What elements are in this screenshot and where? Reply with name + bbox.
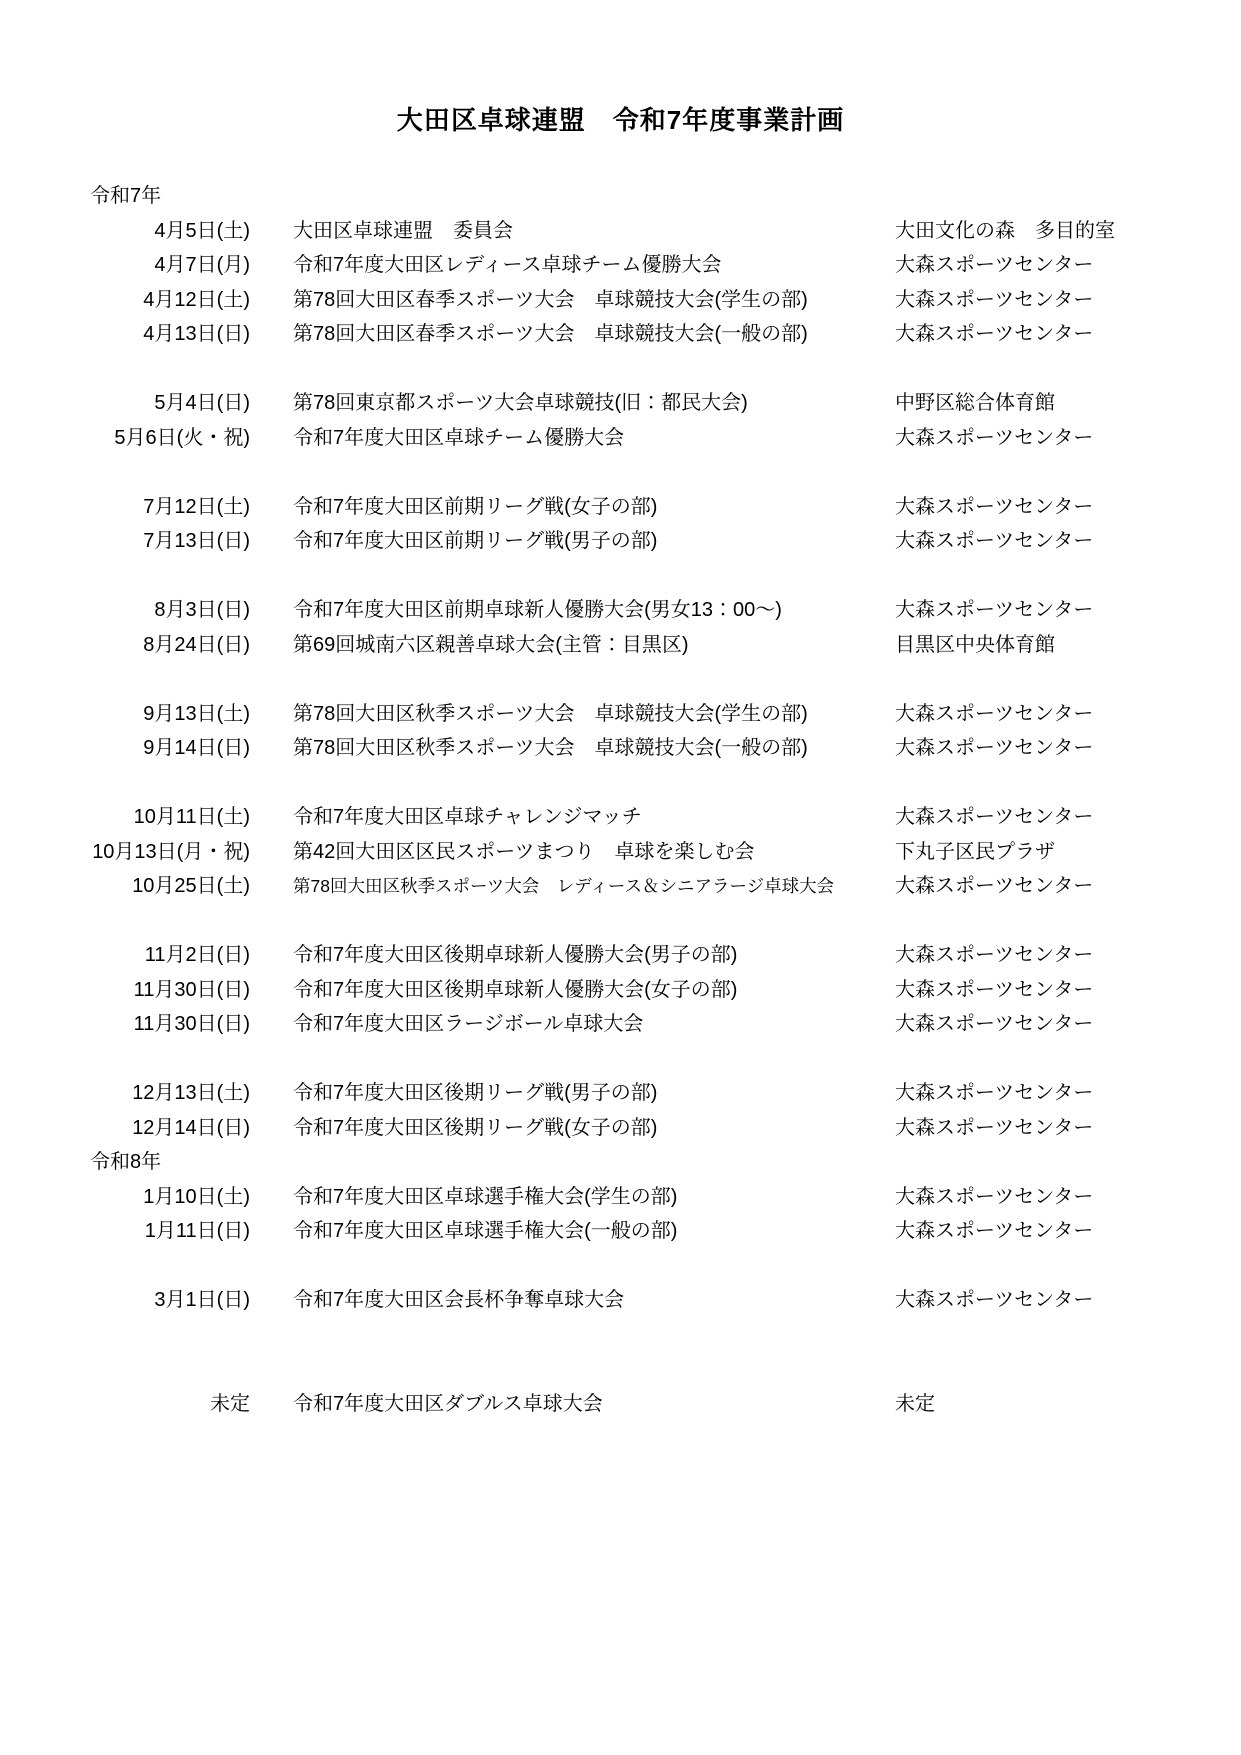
event-venue: 大森スポーツセンター	[895, 490, 1093, 525]
event-date: 4月7日(月)	[0, 248, 250, 283]
event-venue: 大森スポーツセンター	[895, 421, 1093, 456]
spacer-row	[0, 1042, 1241, 1077]
schedule-row: 未定令和7年度大田区ダブルス卓球大会未定	[0, 1387, 1241, 1422]
event-title: 第42回大田区区民スポーツまつり 卓球を楽しむ会	[293, 835, 754, 870]
event-venue: 大森スポーツセンター	[895, 1283, 1093, 1318]
event-title: 令和7年度大田区卓球チーム優勝大会	[293, 421, 624, 456]
spacer-row	[0, 559, 1241, 594]
spacer-row	[0, 352, 1241, 387]
event-title: 令和7年度大田区後期卓球新人優勝大会(女子の部)	[293, 973, 737, 1008]
event-title: 第78回大田区春季スポーツ大会 卓球競技大会(一般の部)	[293, 317, 808, 352]
schedule-row: 12月14日(日)令和7年度大田区後期リーグ戦(女子の部)大森スポーツセンター	[0, 1111, 1241, 1146]
schedule-row: 1月10日(土)令和7年度大田区卓球選手権大会(学生の部)大森スポーツセンター	[0, 1180, 1241, 1215]
event-date: 9月13日(土)	[0, 697, 250, 732]
event-venue: 大森スポーツセンター	[895, 973, 1093, 1008]
event-venue: 下丸子区民プラザ	[895, 835, 1055, 870]
schedule-row: 10月11日(土)令和7年度大田区卓球チャレンジマッチ大森スポーツセンター	[0, 800, 1241, 835]
schedule-row: 11月30日(日)令和7年度大田区ラージボール卓球大会大森スポーツセンター	[0, 1007, 1241, 1042]
event-date: 8月24日(日)	[0, 628, 250, 663]
spacer-row	[0, 1249, 1241, 1284]
event-title: 第78回大田区秋季スポーツ大会 卓球競技大会(一般の部)	[293, 731, 808, 766]
schedule-row: 3月1日(日)令和7年度大田区会長杯争奪卓球大会大森スポーツセンター	[0, 1283, 1241, 1318]
event-date: 7月12日(土)	[0, 490, 250, 525]
year-label-row: 令和8年	[0, 1145, 1241, 1180]
spacer-row	[0, 766, 1241, 801]
document-page: 大田区卓球連盟 令和7年度事業計画 令和7年4月5日(土)大田区卓球連盟 委員会…	[0, 0, 1241, 1755]
event-date: 3月1日(日)	[0, 1283, 250, 1318]
schedule-list: 令和7年4月5日(土)大田区卓球連盟 委員会大田文化の森 多目的室4月7日(月)…	[0, 179, 1241, 1421]
year-label: 令和8年	[90, 1145, 161, 1180]
event-title: 第78回大田区秋季スポーツ大会 卓球競技大会(学生の部)	[293, 697, 808, 732]
event-venue: 大田文化の森 多目的室	[895, 214, 1115, 249]
spacer-row	[0, 455, 1241, 490]
event-title: 第69回城南六区親善卓球大会(主管：目黒区)	[293, 628, 689, 663]
event-date: 11月30日(日)	[0, 1007, 250, 1042]
schedule-row: 4月5日(土)大田区卓球連盟 委員会大田文化の森 多目的室	[0, 214, 1241, 249]
schedule-row: 9月13日(土)第78回大田区秋季スポーツ大会 卓球競技大会(学生の部)大森スポ…	[0, 697, 1241, 732]
event-venue: 目黒区中央体育館	[895, 628, 1055, 663]
event-title: 第78回東京都スポーツ大会卓球競技(旧：都民大会)	[293, 386, 748, 421]
event-title: 令和7年度大田区卓球チャレンジマッチ	[293, 800, 642, 835]
spacer-row	[0, 662, 1241, 697]
event-title: 令和7年度大田区後期卓球新人優勝大会(男子の部)	[293, 938, 737, 973]
event-venue: 大森スポーツセンター	[895, 1007, 1093, 1042]
event-date: 1月11日(日)	[0, 1214, 250, 1249]
event-venue: 大森スポーツセンター	[895, 593, 1093, 628]
schedule-row: 11月2日(日)令和7年度大田区後期卓球新人優勝大会(男子の部)大森スポーツセン…	[0, 938, 1241, 973]
schedule-row: 7月13日(日)令和7年度大田区前期リーグ戦(男子の部)大森スポーツセンター	[0, 524, 1241, 559]
event-venue: 未定	[895, 1387, 935, 1422]
schedule-row: 4月12日(土)第78回大田区春季スポーツ大会 卓球競技大会(学生の部)大森スポ…	[0, 283, 1241, 318]
event-title: 令和7年度大田区後期リーグ戦(男子の部)	[293, 1076, 657, 1111]
schedule-row: 1月11日(日)令和7年度大田区卓球選手権大会(一般の部)大森スポーツセンター	[0, 1214, 1241, 1249]
event-title: 令和7年度大田区前期リーグ戦(男子の部)	[293, 524, 657, 559]
schedule-row: 8月3日(日)令和7年度大田区前期卓球新人優勝大会(男女13：00～)大森スポー…	[0, 593, 1241, 628]
event-venue: 大森スポーツセンター	[895, 869, 1093, 904]
event-venue: 大森スポーツセンター	[895, 1180, 1093, 1215]
event-date: 4月12日(土)	[0, 283, 250, 318]
event-venue: 大森スポーツセンター	[895, 938, 1093, 973]
event-venue: 大森スポーツセンター	[895, 800, 1093, 835]
event-title: 令和7年度大田区レディース卓球チーム優勝大会	[293, 248, 722, 283]
event-title: 令和7年度大田区会長杯争奪卓球大会	[293, 1283, 624, 1318]
event-title: 令和7年度大田区前期卓球新人優勝大会(男女13：00～)	[293, 593, 782, 628]
schedule-row: 9月14日(日)第78回大田区秋季スポーツ大会 卓球競技大会(一般の部)大森スポ…	[0, 731, 1241, 766]
event-venue: 大森スポーツセンター	[895, 1214, 1093, 1249]
spacer-row	[0, 1318, 1241, 1353]
event-date: 5月4日(日)	[0, 386, 250, 421]
event-date: 10月25日(土)	[0, 869, 250, 904]
page-title: 大田区卓球連盟 令和7年度事業計画	[0, 100, 1241, 140]
event-title: 令和7年度大田区後期リーグ戦(女子の部)	[293, 1111, 657, 1146]
event-title: 令和7年度大田区卓球選手権大会(学生の部)	[293, 1180, 677, 1215]
event-date: 4月13日(日)	[0, 317, 250, 352]
year-label: 令和7年	[90, 179, 161, 214]
event-venue: 大森スポーツセンター	[895, 697, 1093, 732]
event-date: 4月5日(土)	[0, 214, 250, 249]
schedule-row: 4月7日(月)令和7年度大田区レディース卓球チーム優勝大会大森スポーツセンター	[0, 248, 1241, 283]
event-date: 9月14日(日)	[0, 731, 250, 766]
spacer-row	[0, 904, 1241, 939]
event-date: 10月11日(土)	[0, 800, 250, 835]
event-title: 大田区卓球連盟 委員会	[293, 214, 513, 249]
event-title: 令和7年度大田区ダブルス卓球大会	[293, 1387, 603, 1422]
event-title: 第78回大田区秋季スポーツ大会 レディース＆シニアラージ卓球大会	[293, 869, 834, 904]
event-venue: 中野区総合体育館	[895, 386, 1055, 421]
schedule-row: 7月12日(土)令和7年度大田区前期リーグ戦(女子の部)大森スポーツセンター	[0, 490, 1241, 525]
event-date: 12月13日(土)	[0, 1076, 250, 1111]
event-venue: 大森スポーツセンター	[895, 524, 1093, 559]
event-venue: 大森スポーツセンター	[895, 283, 1093, 318]
schedule-row: 11月30日(日)令和7年度大田区後期卓球新人優勝大会(女子の部)大森スポーツセ…	[0, 973, 1241, 1008]
schedule-row: 10月13日(月・祝)第42回大田区区民スポーツまつり 卓球を楽しむ会下丸子区民…	[0, 835, 1241, 870]
event-title: 第78回大田区春季スポーツ大会 卓球競技大会(学生の部)	[293, 283, 808, 318]
schedule-row: 10月25日(土)第78回大田区秋季スポーツ大会 レディース＆シニアラージ卓球大…	[0, 869, 1241, 904]
schedule-row: 4月13日(日)第78回大田区春季スポーツ大会 卓球競技大会(一般の部)大森スポ…	[0, 317, 1241, 352]
event-venue: 大森スポーツセンター	[895, 248, 1093, 283]
event-date: 11月30日(日)	[0, 973, 250, 1008]
event-date: 1月10日(土)	[0, 1180, 250, 1215]
event-date: 11月2日(日)	[0, 938, 250, 973]
event-date: 10月13日(月・祝)	[0, 835, 250, 870]
event-date: 12月14日(日)	[0, 1111, 250, 1146]
event-venue: 大森スポーツセンター	[895, 731, 1093, 766]
schedule-row: 12月13日(土)令和7年度大田区後期リーグ戦(男子の部)大森スポーツセンター	[0, 1076, 1241, 1111]
event-title: 令和7年度大田区前期リーグ戦(女子の部)	[293, 490, 657, 525]
event-venue: 大森スポーツセンター	[895, 1111, 1093, 1146]
spacer-row	[0, 1352, 1241, 1387]
schedule-row: 5月6日(火・祝)令和7年度大田区卓球チーム優勝大会大森スポーツセンター	[0, 421, 1241, 456]
event-date: 未定	[0, 1387, 250, 1422]
event-date: 5月6日(火・祝)	[0, 421, 250, 456]
event-venue: 大森スポーツセンター	[895, 317, 1093, 352]
event-venue: 大森スポーツセンター	[895, 1076, 1093, 1111]
schedule-row: 5月4日(日)第78回東京都スポーツ大会卓球競技(旧：都民大会)中野区総合体育館	[0, 386, 1241, 421]
schedule-row: 8月24日(日)第69回城南六区親善卓球大会(主管：目黒区)目黒区中央体育館	[0, 628, 1241, 663]
event-title: 令和7年度大田区卓球選手権大会(一般の部)	[293, 1214, 677, 1249]
year-label-row: 令和7年	[0, 179, 1241, 214]
event-title: 令和7年度大田区ラージボール卓球大会	[293, 1007, 643, 1042]
event-date: 7月13日(日)	[0, 524, 250, 559]
event-date: 8月3日(日)	[0, 593, 250, 628]
